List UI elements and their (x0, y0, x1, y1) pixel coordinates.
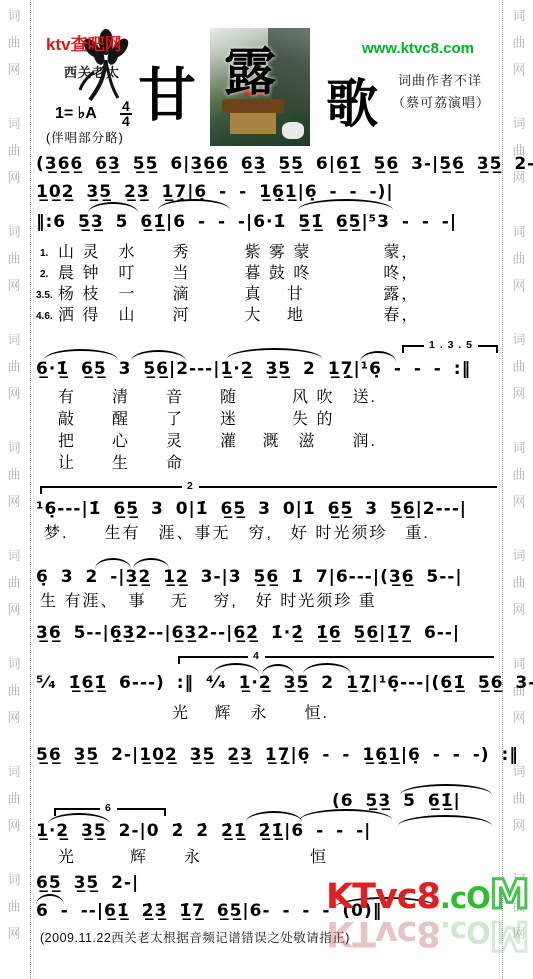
notation-line-5: ¹6̣---|1̇ 6̲5̲ 3 0|1̇ 6̲5̲ 3 0|1̇ 6̲5̲ 3… (36, 498, 467, 520)
verse-number-4: 4.6. (36, 311, 53, 322)
lyric-line-8: 光 辉 永 恒. (172, 704, 329, 724)
ktvc8-logo-red-part: KTvc8 (326, 877, 440, 917)
ktvc8-logo-green-part: .cO (440, 881, 490, 915)
notation-line-6: 6̣ 3 2 -|3̲2̲ 1̲2̲ 3-|3 5̲6̲ 1̇ 7|6---|(… (36, 566, 463, 588)
slur-arc (88, 202, 138, 213)
verse-number-3: 3.5. (36, 290, 53, 301)
left-watermark-rail: 词 曲 网 词 曲 网 词 曲 网 词 曲 网 词 曲 网 词 曲 网 词 曲 … (0, 0, 31, 979)
volta-label-1-3-5: 1 . 3 . 5 (424, 339, 478, 351)
notation-line-12: 6̲5̲ 3̲5̲ 2-| (36, 872, 139, 894)
site-name-text: ktv查吧网 (46, 30, 122, 55)
lyric-line-4d: 让 生 命 (58, 454, 184, 474)
verse-line-4: 洒 得 山 河 大 地 春， (58, 306, 419, 326)
slur-arc (133, 558, 169, 569)
volta-label-6: 6 (100, 802, 117, 814)
tie-arc (36, 894, 64, 905)
key-signature: 1= ♭A (55, 103, 97, 123)
volta-bracket-2: 2 (40, 486, 497, 496)
slur-arc (360, 351, 396, 362)
ktvc8-logo-m-part: M (490, 872, 529, 918)
lyric-line-6: 生 有涯、 事 无 穷, 好 时光须珍 重 (40, 592, 377, 612)
slur-arc (400, 784, 492, 795)
website-url-text: www.ktvc8.com (362, 40, 474, 57)
notation-line-7: 3̲6̲ 5--|6̣̲3̲2--|6̲3̲2--|6̲2̲̇ 1̇·2̲̇ 1… (36, 622, 460, 644)
sheet-music-page: 词 曲 网 词 曲 网 词 曲 网 词 曲 网 词 曲 网 词 曲 网 词 曲 … (0, 0, 533, 979)
volta-label-4: 4 (248, 650, 265, 662)
title-char-ge: 歌 (326, 62, 378, 137)
accompaniment-note: (伴唱部分略) (46, 128, 124, 146)
photo-white-wall (282, 122, 304, 139)
slur-arc (95, 558, 131, 569)
slur-arc (246, 811, 302, 822)
photo-temple-wall (230, 113, 276, 134)
lyric-line-11: 光 辉 永 恒 (58, 848, 328, 868)
slur-arc (131, 350, 186, 361)
title-char-lu: 露 (224, 30, 276, 105)
ktvc8-logo-reflection-red: KTvc8 (326, 913, 440, 953)
left-watermark-text: 词 曲 网 词 曲 网 词 曲 网 词 曲 网 词 曲 网 词 曲 网 词 曲 … (1, 2, 27, 947)
ktvc8-logo-reflection-green: .cO (440, 915, 490, 949)
verse-line-1: 山 灵 水 秀 紫 雾 蒙 蒙， (58, 243, 419, 263)
notation-line-9: 5̲6̲ 3̲5̲ 2-|1̲0̲2̲ 3̲5̲ 2̲3̲ 1̲7̣̲|6̣ -… (36, 744, 519, 766)
time-signature-bottom: 4 (122, 115, 130, 128)
slur-arc (398, 815, 492, 826)
performer-credit: （蔡可荔演唱） (392, 92, 490, 111)
footer-note: (2009.11.22西关老太根据音频记谱错误之处敬请指正) (40, 928, 370, 946)
slur-arc (227, 348, 322, 359)
left-inner-dotted-line (33, 0, 34, 979)
notation-line-1: (3̲6̲6̲ 6̲3̲ 5̲5̲ 6|3̲6̲6̲ 6̲3̲ 5̲5̲ 6|6… (36, 153, 533, 175)
right-inner-dotted-line (499, 0, 500, 979)
volta-bracket-1-3-5: 1 . 3 . 5 (402, 345, 498, 355)
ktvc8-logo-reflection-m: M (490, 912, 529, 958)
notation-line-4: 6̲·1̲̇ 6̲5̲ 3 5̲6̲|2---|1̲·2̲ 3̲5̲ 2 1̲7… (36, 358, 471, 380)
lyric-line-4a: 有 清 音 随 风 吹 送. (58, 388, 377, 408)
volta-label-2: 2 (182, 480, 199, 492)
slur-arc (44, 349, 118, 360)
right-watermark-rail: 词 曲 网 词 曲 网 词 曲 网 词 曲 网 词 曲 网 词 曲 网 词 曲 … (502, 0, 533, 979)
notation-line-3: ‖:6 5̲3̲ 5 6̲1̲̇|6 - - -|6·1̇ 5̲1̲̇ 6̲5̲… (36, 211, 457, 233)
ktvc8-logo-reflection: KTvc8.cOM (326, 912, 529, 958)
right-watermark-text: 词 曲 网 词 曲 网 词 曲 网 词 曲 网 词 曲 网 词 曲 网 词 曲 … (506, 2, 532, 947)
verse-number-1: 1. (40, 248, 48, 259)
title-char-gan: 甘 (138, 48, 196, 132)
flower-logo-label: 西关老太 (64, 62, 120, 81)
verse-line-2: 晨 钟 叮 当 暮 鼓 咚 咚， (58, 264, 419, 284)
verse-line-3: 杨 枝 一 滴 真 甘 露， (58, 285, 419, 305)
lyric-line-4c: 把 心 灵 灌 溉 滋 润. (58, 432, 377, 452)
notation-line-8: ⁵⁄₄ 1̲̇6̲1̲̇ 6---) :‖ ⁴⁄₄ 1̲·2̲ 3̲5̲ 2 1… (36, 672, 533, 694)
ktvc8-logo: KTvc8.cOM (326, 872, 529, 918)
lyric-line-4b: 敲 醒 了 迷 失 的 (58, 410, 334, 430)
lyric-line-5: 梦. 生有 涯、事无 穷, 好 时光须珍 重. (44, 524, 430, 544)
composer-credit: 词曲作者不详 (398, 70, 482, 89)
verse-number-2: 2. (40, 269, 48, 280)
